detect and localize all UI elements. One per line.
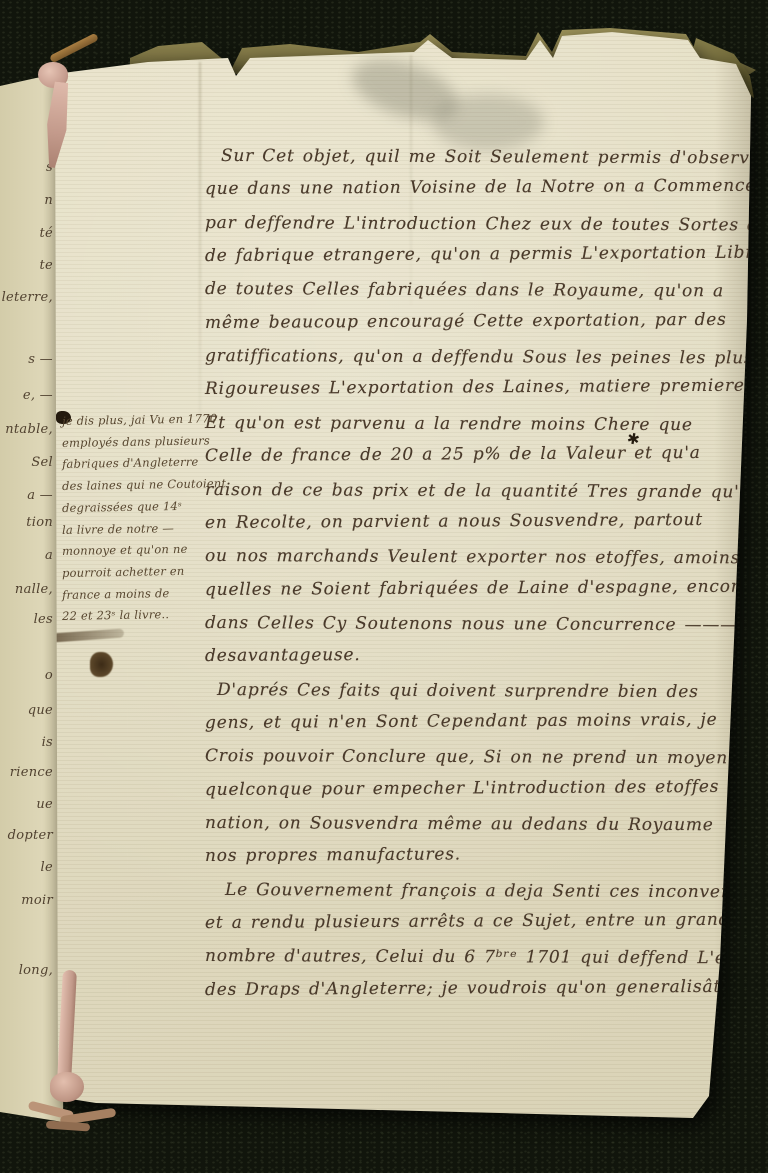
manuscript-line: quelles ne Soient fabriquées de Laine d'… bbox=[205, 576, 751, 599]
manuscript-line: de toutes Celles fabriquées dans le Roya… bbox=[205, 279, 724, 301]
manuscript-line: nos propres manufactures. bbox=[205, 845, 461, 867]
manuscript-line: par deffendre L'introduction Chez eux de… bbox=[205, 213, 768, 236]
ink-blot bbox=[90, 652, 113, 677]
margin-note-line: la livre de notre — bbox=[62, 521, 174, 537]
ribbon-strand bbox=[57, 970, 77, 1083]
manuscript-line: même beaucoup encouragé Cette exportatio… bbox=[205, 310, 727, 333]
ink-smear bbox=[52, 628, 124, 642]
manuscript-line: Et qu'on est parvenu a la rendre moins C… bbox=[205, 413, 693, 435]
manuscript-line: gratiffications, qu'on a deffendu Sous l… bbox=[205, 346, 754, 368]
margin-note-line: france a moins de bbox=[62, 586, 170, 602]
margin-note-line: je dis plus, jai Vu en 1770 bbox=[62, 411, 217, 428]
binding-cord bbox=[49, 33, 99, 64]
manuscript-line: Crois pouvoir Conclure que, Si on ne pre… bbox=[205, 746, 728, 768]
manuscript-line: D'aprés Ces faits qui doivent surprendre… bbox=[217, 680, 699, 702]
manuscript-line: Sur Cet objet, quil me Soit Seulement pe… bbox=[221, 146, 768, 168]
margin-note-line: employés dans plusieurs bbox=[62, 433, 210, 450]
binding-ribbon-bottom bbox=[26, 970, 126, 1150]
margin-note-line: des laines qui ne Coutoient bbox=[62, 476, 226, 493]
manuscript-line: ou nos marchands Veulent exporter nos et… bbox=[205, 546, 740, 568]
margin-note-line: 22 et 23ˢ la livre.. bbox=[62, 607, 169, 623]
manuscript-photo: sntételeterre,s —e, —ntable,Sela —tionan… bbox=[0, 0, 768, 1173]
manuscript-line: gens, et qui n'en Sont Cependant pas moi… bbox=[205, 710, 718, 733]
manuscript-line: et a rendu plusieurs arrêts a ce Sujet, … bbox=[205, 910, 730, 933]
ribbon-tail bbox=[42, 81, 73, 169]
ribbon-fray bbox=[46, 1120, 90, 1131]
stain bbox=[432, 94, 544, 150]
margin-note-line: monnoye et qu'on ne bbox=[62, 542, 188, 558]
manuscript-line: Rigoureuses L'exportation des Laines, ma… bbox=[205, 376, 751, 399]
manuscript-line: quelconque pour empecher L'introduction … bbox=[205, 776, 768, 800]
margin-note-line: pourroit achetter en bbox=[62, 564, 185, 580]
margin-note-line: degraissées que 14ˢ bbox=[62, 499, 182, 515]
manuscript-line: dans Celles Cy Soutenons nous une Concur… bbox=[205, 613, 756, 635]
manuscript-line: raison de ce bas prix et de la quantité … bbox=[205, 480, 762, 502]
manuscript-line: de fabrique etrangere, qu'on a permis L'… bbox=[205, 243, 765, 266]
manuscript-line: des Draps d'Angleterre; je voudrois qu'o… bbox=[205, 977, 721, 1000]
margin-note-line: fabriques d'Angleterre bbox=[62, 455, 199, 471]
manuscript-line: nombre d'autres, Celui du 6 7ᵇʳᵉ 1701 qu… bbox=[205, 946, 768, 968]
paper-crease bbox=[199, 62, 201, 422]
manuscript-line: Le Gouvernement françois a deja Senti ce… bbox=[225, 880, 768, 902]
manuscript-line: en Recolte, on parvient a nous Sousvendr… bbox=[205, 510, 703, 533]
ribbon-knot bbox=[50, 1072, 84, 1102]
binding-ribbon-top bbox=[24, 28, 114, 178]
manuscript-line: que dans une nation Voisine de la Notre … bbox=[205, 176, 756, 199]
manuscript-line: nation, on Sousvendra même au dedans du … bbox=[205, 813, 714, 835]
manuscript-line: desavantageuse. bbox=[205, 645, 361, 666]
